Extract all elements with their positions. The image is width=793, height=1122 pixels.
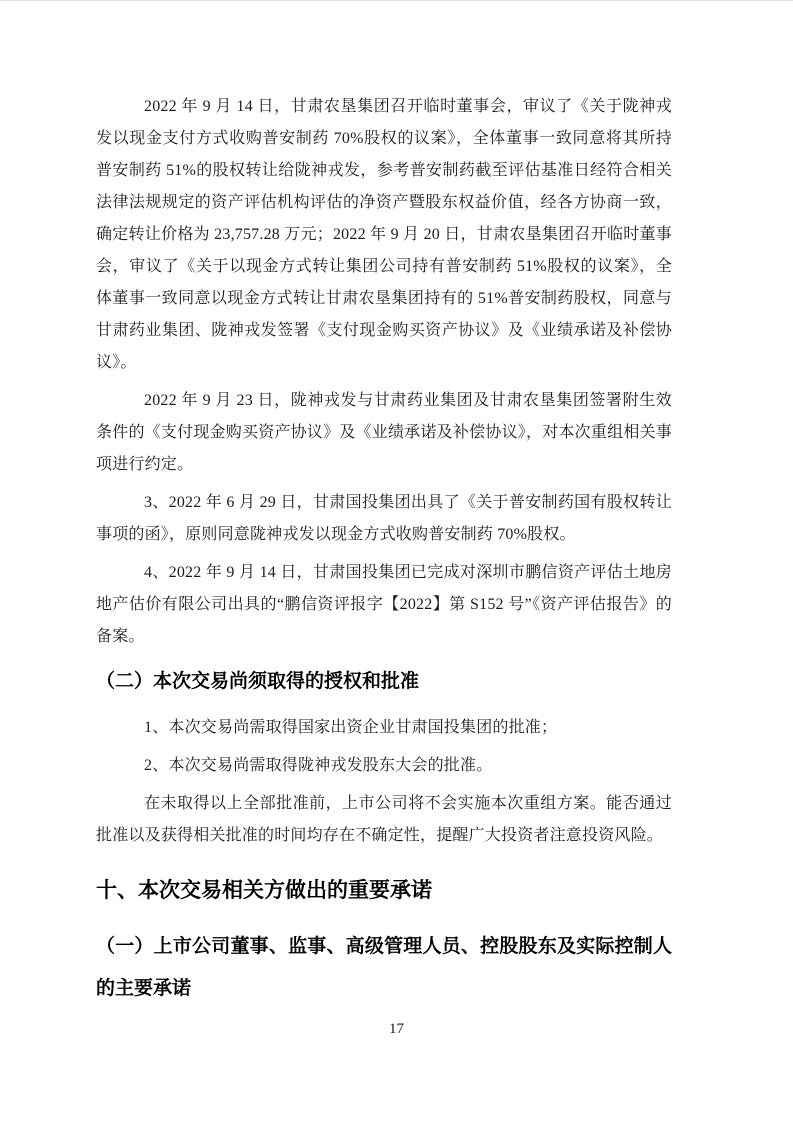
chapter-heading-important-commitments: 十、本次交易相关方做出的重要承诺 xyxy=(96,874,672,908)
section-heading-pending-approvals: （二）本次交易尚须取得的授权和批准 xyxy=(96,665,672,698)
paragraph-board-meeting-resolutions: 2022 年 9 月 14 日，甘肃农垦集团召开临时董事会，审议了《关于陇神戎发… xyxy=(96,91,672,379)
paragraph-item-3-approval-letter: 3、2022 年 6 月 29 日，甘肃国投集团出具了《关于普安制药国有股权转让… xyxy=(96,487,672,551)
list-item-approval-1: 1、本次交易尚需取得国家出资企业甘肃国投集团的批准； xyxy=(96,712,672,744)
section-heading-main-commitments: （一）上市公司董事、监事、高级管理人员、控股股东及实际控制人的主要承诺 xyxy=(96,926,672,1010)
document-body: 2022 年 9 月 14 日，甘肃农垦集团召开临时董事会，审议了《关于陇神戎发… xyxy=(96,91,672,1010)
paragraph-item-4-valuation-filing: 4、2022 年 9 月 14 日，甘肃国投集团已完成对深圳市鹏信资产评估土地房… xyxy=(96,557,672,653)
paragraph-risk-reminder: 在未取得以上全部批准前，上市公司将不会实施本次重组方案。能否通过批准以及获得相关… xyxy=(96,788,672,852)
paragraph-agreement-signing: 2022 年 9 月 23 日，陇神戎发与甘肃药业集团及甘肃农垦集团签署附生效条… xyxy=(96,385,672,481)
scan-edge-line xyxy=(0,0,793,1)
document-page: 2022 年 9 月 14 日，甘肃农垦集团召开临时董事会，审议了《关于陇神戎发… xyxy=(0,0,793,1122)
list-item-approval-2: 2、本次交易尚需取得陇神戎发股东大会的批准。 xyxy=(96,750,672,782)
page-number: 17 xyxy=(0,1019,793,1039)
